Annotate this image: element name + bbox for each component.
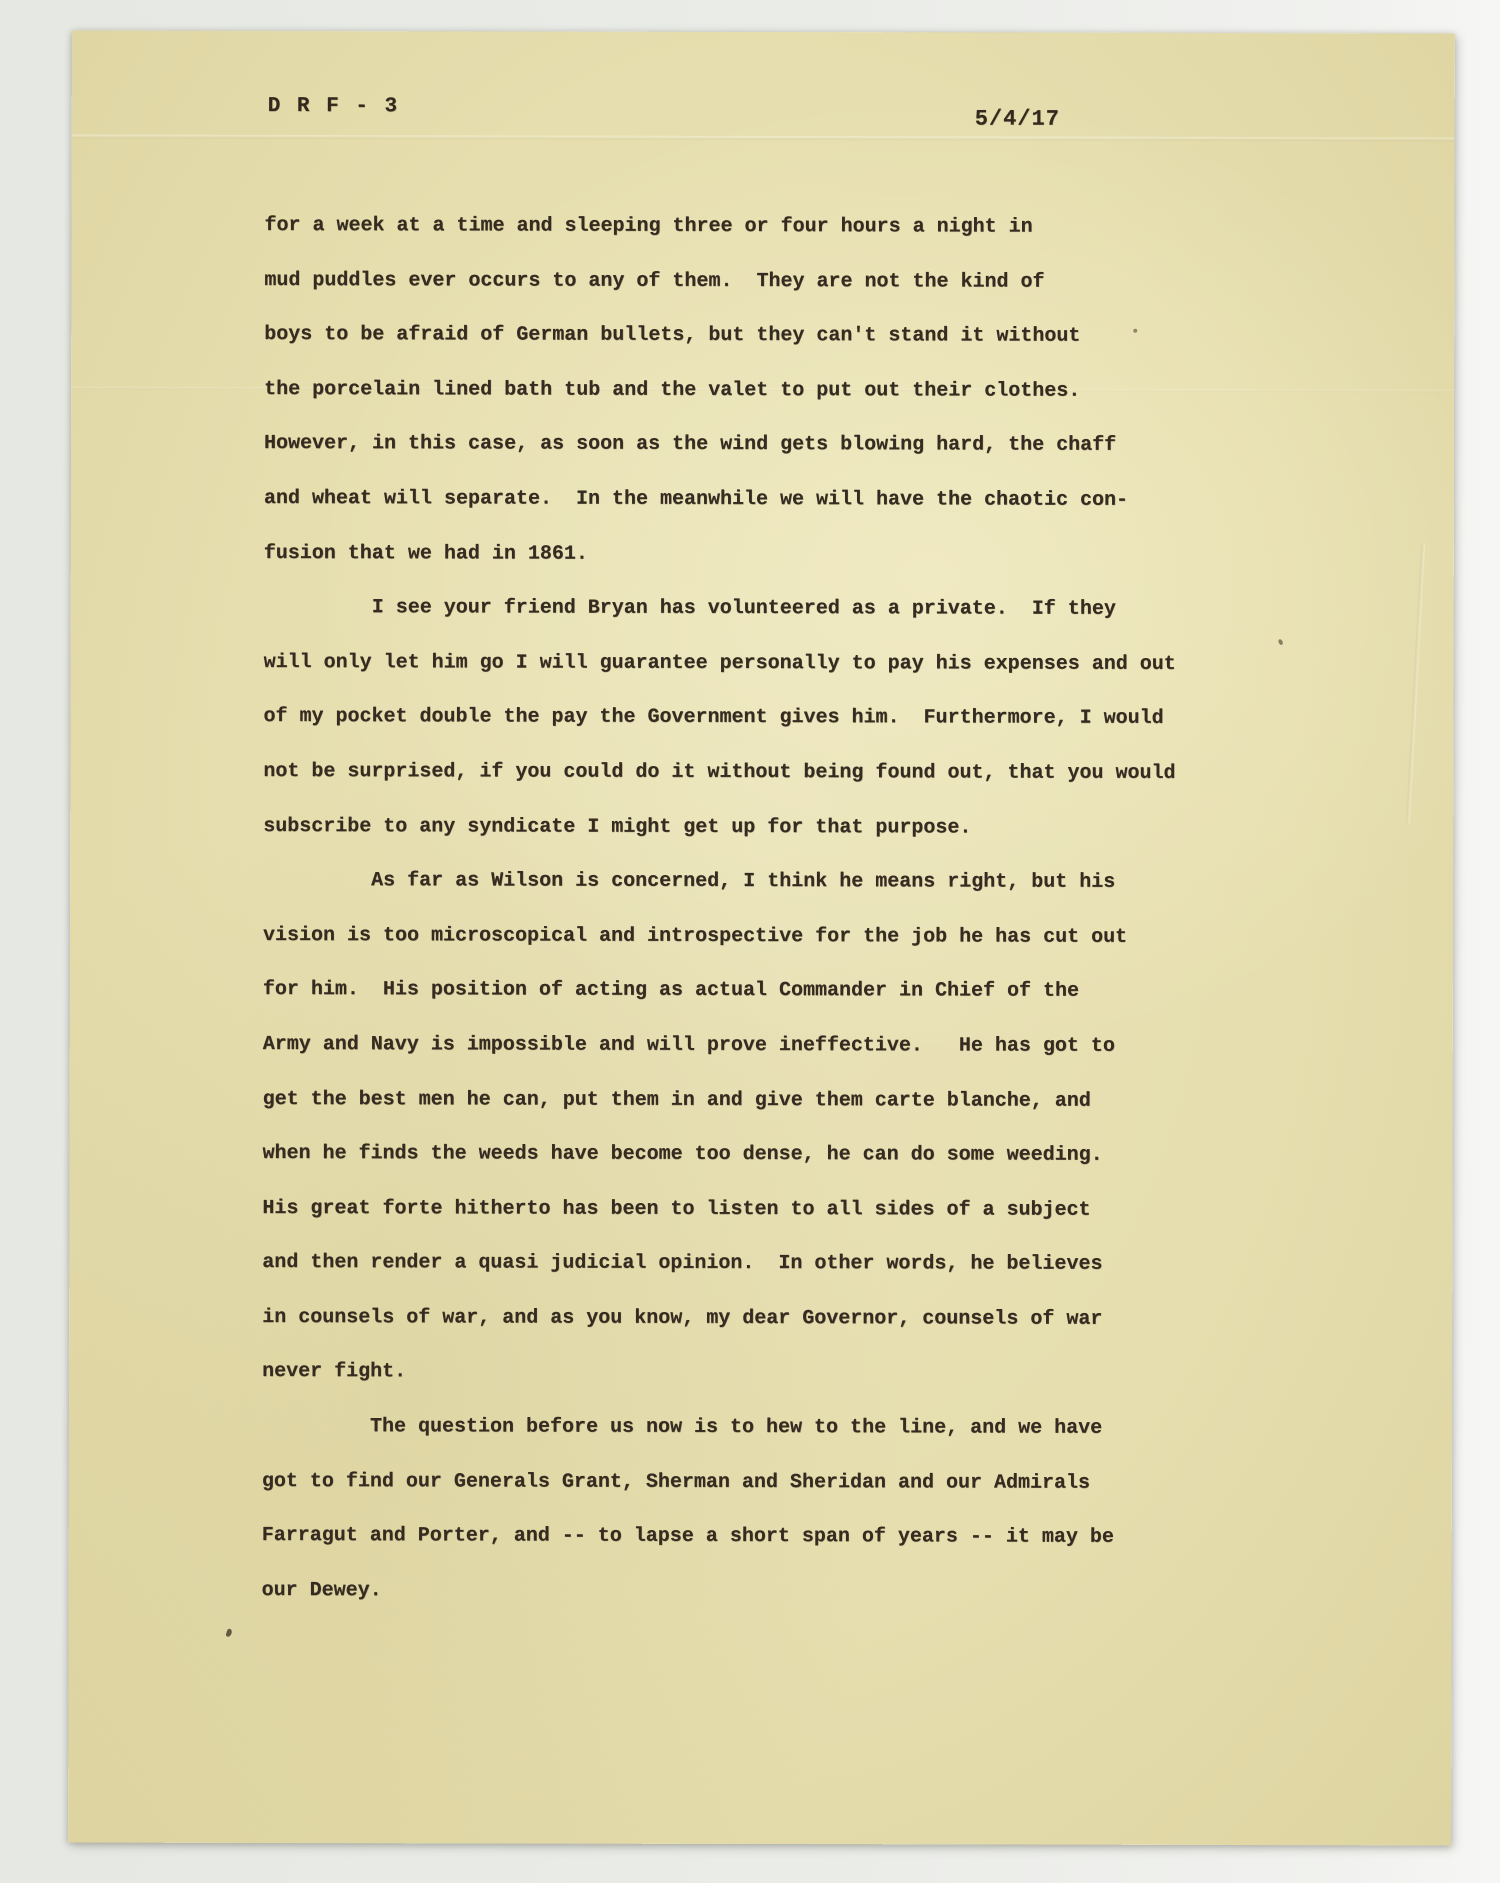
paper-crease-right bbox=[1406, 543, 1425, 823]
letter-line: not be surprised, if you could do it wit… bbox=[263, 745, 1175, 802]
letter-line: of my pocket double the pay the Governme… bbox=[263, 690, 1175, 747]
scanner-background: D R F - 3 5/4/17 for a week at a time an… bbox=[0, 0, 1500, 1883]
letter-line: the porcelain lined bath tub and the val… bbox=[264, 363, 1176, 420]
letter-line: Farragut and Porter, and -- to lapse a s… bbox=[262, 1509, 1174, 1566]
letter-line: and then render a quasi judicial opinion… bbox=[262, 1236, 1174, 1293]
letter-line: vision is too microscopical and introspe… bbox=[263, 909, 1175, 966]
letter-line: I see your friend Bryan has volunteered … bbox=[264, 581, 1176, 638]
letter-line: and wheat will separate. In the meanwhil… bbox=[264, 472, 1176, 529]
letter-line: will only let him go I will guarantee pe… bbox=[264, 636, 1176, 693]
letter-line: for him. His position of acting as actua… bbox=[263, 963, 1175, 1020]
letter-line: for a week at a time and sleeping three … bbox=[264, 199, 1176, 256]
letter-line: However, in this case, as soon as the wi… bbox=[264, 417, 1176, 474]
letter-line: mud puddles ever occurs to any of them. … bbox=[264, 254, 1176, 311]
letter-line: As far as Wilson is concerned, I think h… bbox=[263, 854, 1175, 911]
letter-line: our Dewey. bbox=[262, 1564, 1174, 1621]
letter-line: Army and Navy is impossible and will pro… bbox=[263, 1018, 1175, 1075]
paper-crease-top bbox=[72, 135, 1455, 142]
letter-line: never fight. bbox=[262, 1345, 1174, 1402]
letter-line: fusion that we had in 1861. bbox=[264, 527, 1176, 584]
letter-body: for a week at a time and sleeping three … bbox=[262, 199, 1177, 1620]
letter-line: subscribe to any syndicate I might get u… bbox=[263, 799, 1175, 856]
ink-speck bbox=[225, 1628, 232, 1637]
letter-line: His great forte hitherto has been to lis… bbox=[262, 1182, 1174, 1239]
letter-line: The question before us now is to hew to … bbox=[262, 1400, 1174, 1457]
ink-speck bbox=[1278, 639, 1284, 646]
letter-page: D R F - 3 5/4/17 for a week at a time an… bbox=[68, 31, 1455, 1846]
document-reference: D R F - 3 bbox=[268, 95, 399, 118]
ink-speck bbox=[1133, 329, 1137, 333]
letter-line: when he finds the weeds have become too … bbox=[262, 1127, 1174, 1184]
document-date: 5/4/17 bbox=[975, 106, 1060, 131]
letter-line: in counsels of war, and as you know, my … bbox=[262, 1291, 1174, 1348]
letter-line: got to find our Generals Grant, Sherman … bbox=[262, 1455, 1174, 1512]
letter-line: boys to be afraid of German bullets, but… bbox=[264, 308, 1176, 365]
letter-line: get the best men he can, put them in and… bbox=[263, 1072, 1175, 1129]
